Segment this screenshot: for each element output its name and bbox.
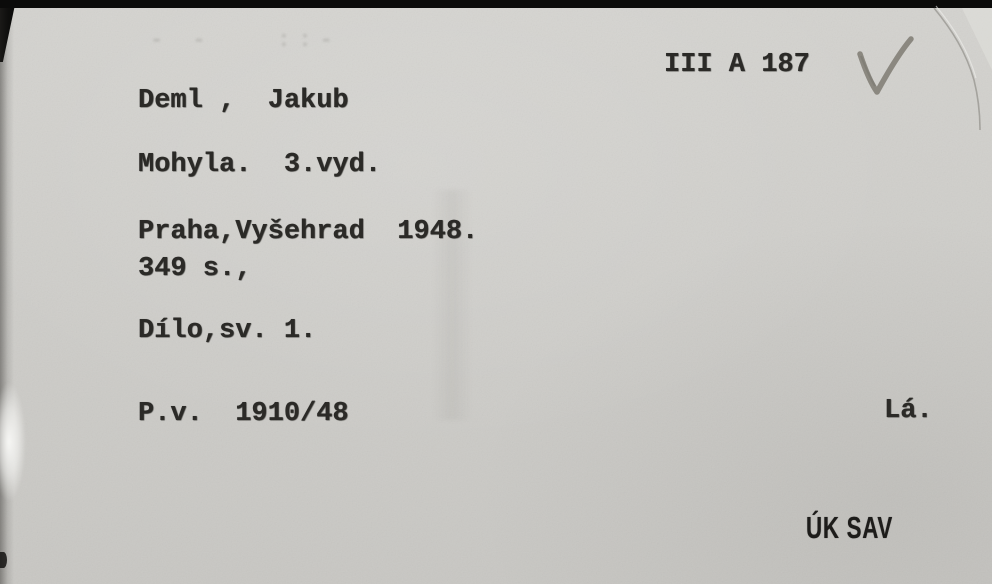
series-line: Dílo,sv. 1.	[138, 318, 316, 345]
call-number: III A 187	[664, 52, 810, 79]
worn-edge-highlight	[0, 382, 26, 502]
cataloguer-initials: Lá.	[884, 398, 933, 425]
title-line: Mohyla. 3.vyd.	[138, 152, 381, 179]
ghost-marks: - - ::-	[150, 28, 380, 62]
edge-speck	[0, 552, 7, 568]
collation-line: 349 s.,	[138, 256, 251, 283]
scanned-page: - - ::- III A 187 Deml , Jakub Mohyla. 3…	[0, 0, 992, 584]
pencil-checkmark-icon	[848, 32, 920, 104]
imprint-line: Praha,Vyšehrad 1948.	[138, 219, 478, 246]
catalog-card: - - ::- III A 187 Deml , Jakub Mohyla. 3…	[0, 0, 992, 584]
scan-edge-top	[0, 0, 992, 8]
author-line: Deml , Jakub	[138, 88, 349, 115]
library-stamp: ÚK SAV	[806, 512, 893, 543]
accession-line: P.v. 1910/48	[138, 401, 349, 428]
